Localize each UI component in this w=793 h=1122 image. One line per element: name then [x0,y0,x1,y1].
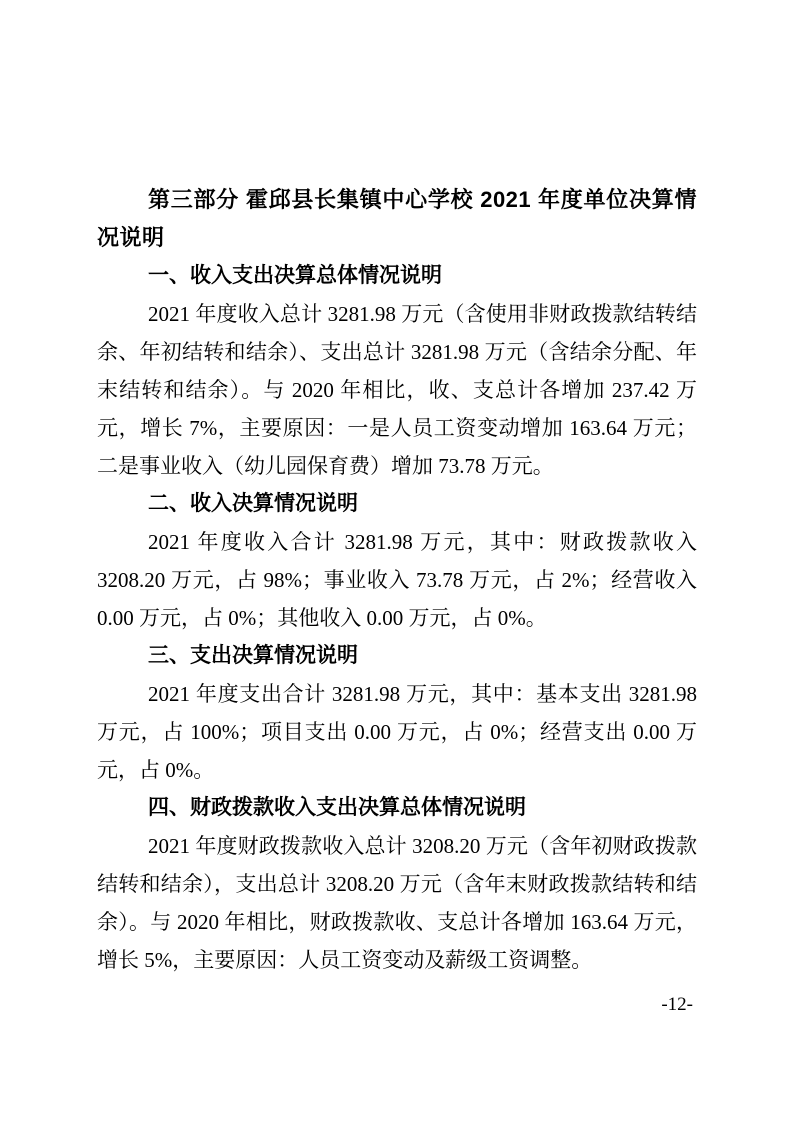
section-income-statement: 二、收入决算情况说明 2021 年度收入合计 3281.98 万元，其中：财政拨… [97,485,697,637]
section-paragraph: 2021 年度财政拨款收入总计 3208.20 万元（含年初财政拨款结转和结余）… [97,827,697,979]
section-heading-1: 一、收入支出决算总体情况说明 [97,257,697,295]
document-title: 第三部分 霍邱县长集镇中心学校 2021 年度单位决算情况说明 [97,181,697,257]
page-number: -12- [661,994,693,1016]
section-paragraph: 2021 年度支出合计 3281.98 万元，其中：基本支出 3281.98 万… [97,675,697,789]
section-heading-4: 四、财政拨款收入支出决算总体情况说明 [97,789,697,827]
section-heading-3: 三、支出决算情况说明 [97,637,697,675]
section-income-expense-overview: 一、收入支出决算总体情况说明 2021 年度收入总计 3281.98 万元（含使… [97,257,697,485]
document-page: 第三部分 霍邱县长集镇中心学校 2021 年度单位决算情况说明 一、收入支出决算… [0,0,793,1122]
section-fiscal-appropriation-overview: 四、财政拨款收入支出决算总体情况说明 2021 年度财政拨款收入总计 3208.… [97,789,697,979]
document-body: 第三部分 霍邱县长集镇中心学校 2021 年度单位决算情况说明 一、收入支出决算… [97,181,697,979]
section-heading-2: 二、收入决算情况说明 [97,485,697,523]
section-paragraph: 2021 年度收入总计 3281.98 万元（含使用非财政拨款结转结余、年初结转… [97,295,697,485]
section-paragraph: 2021 年度收入合计 3281.98 万元，其中：财政拨款收入 3208.20… [97,523,697,637]
section-expense-statement: 三、支出决算情况说明 2021 年度支出合计 3281.98 万元，其中：基本支… [97,637,697,789]
